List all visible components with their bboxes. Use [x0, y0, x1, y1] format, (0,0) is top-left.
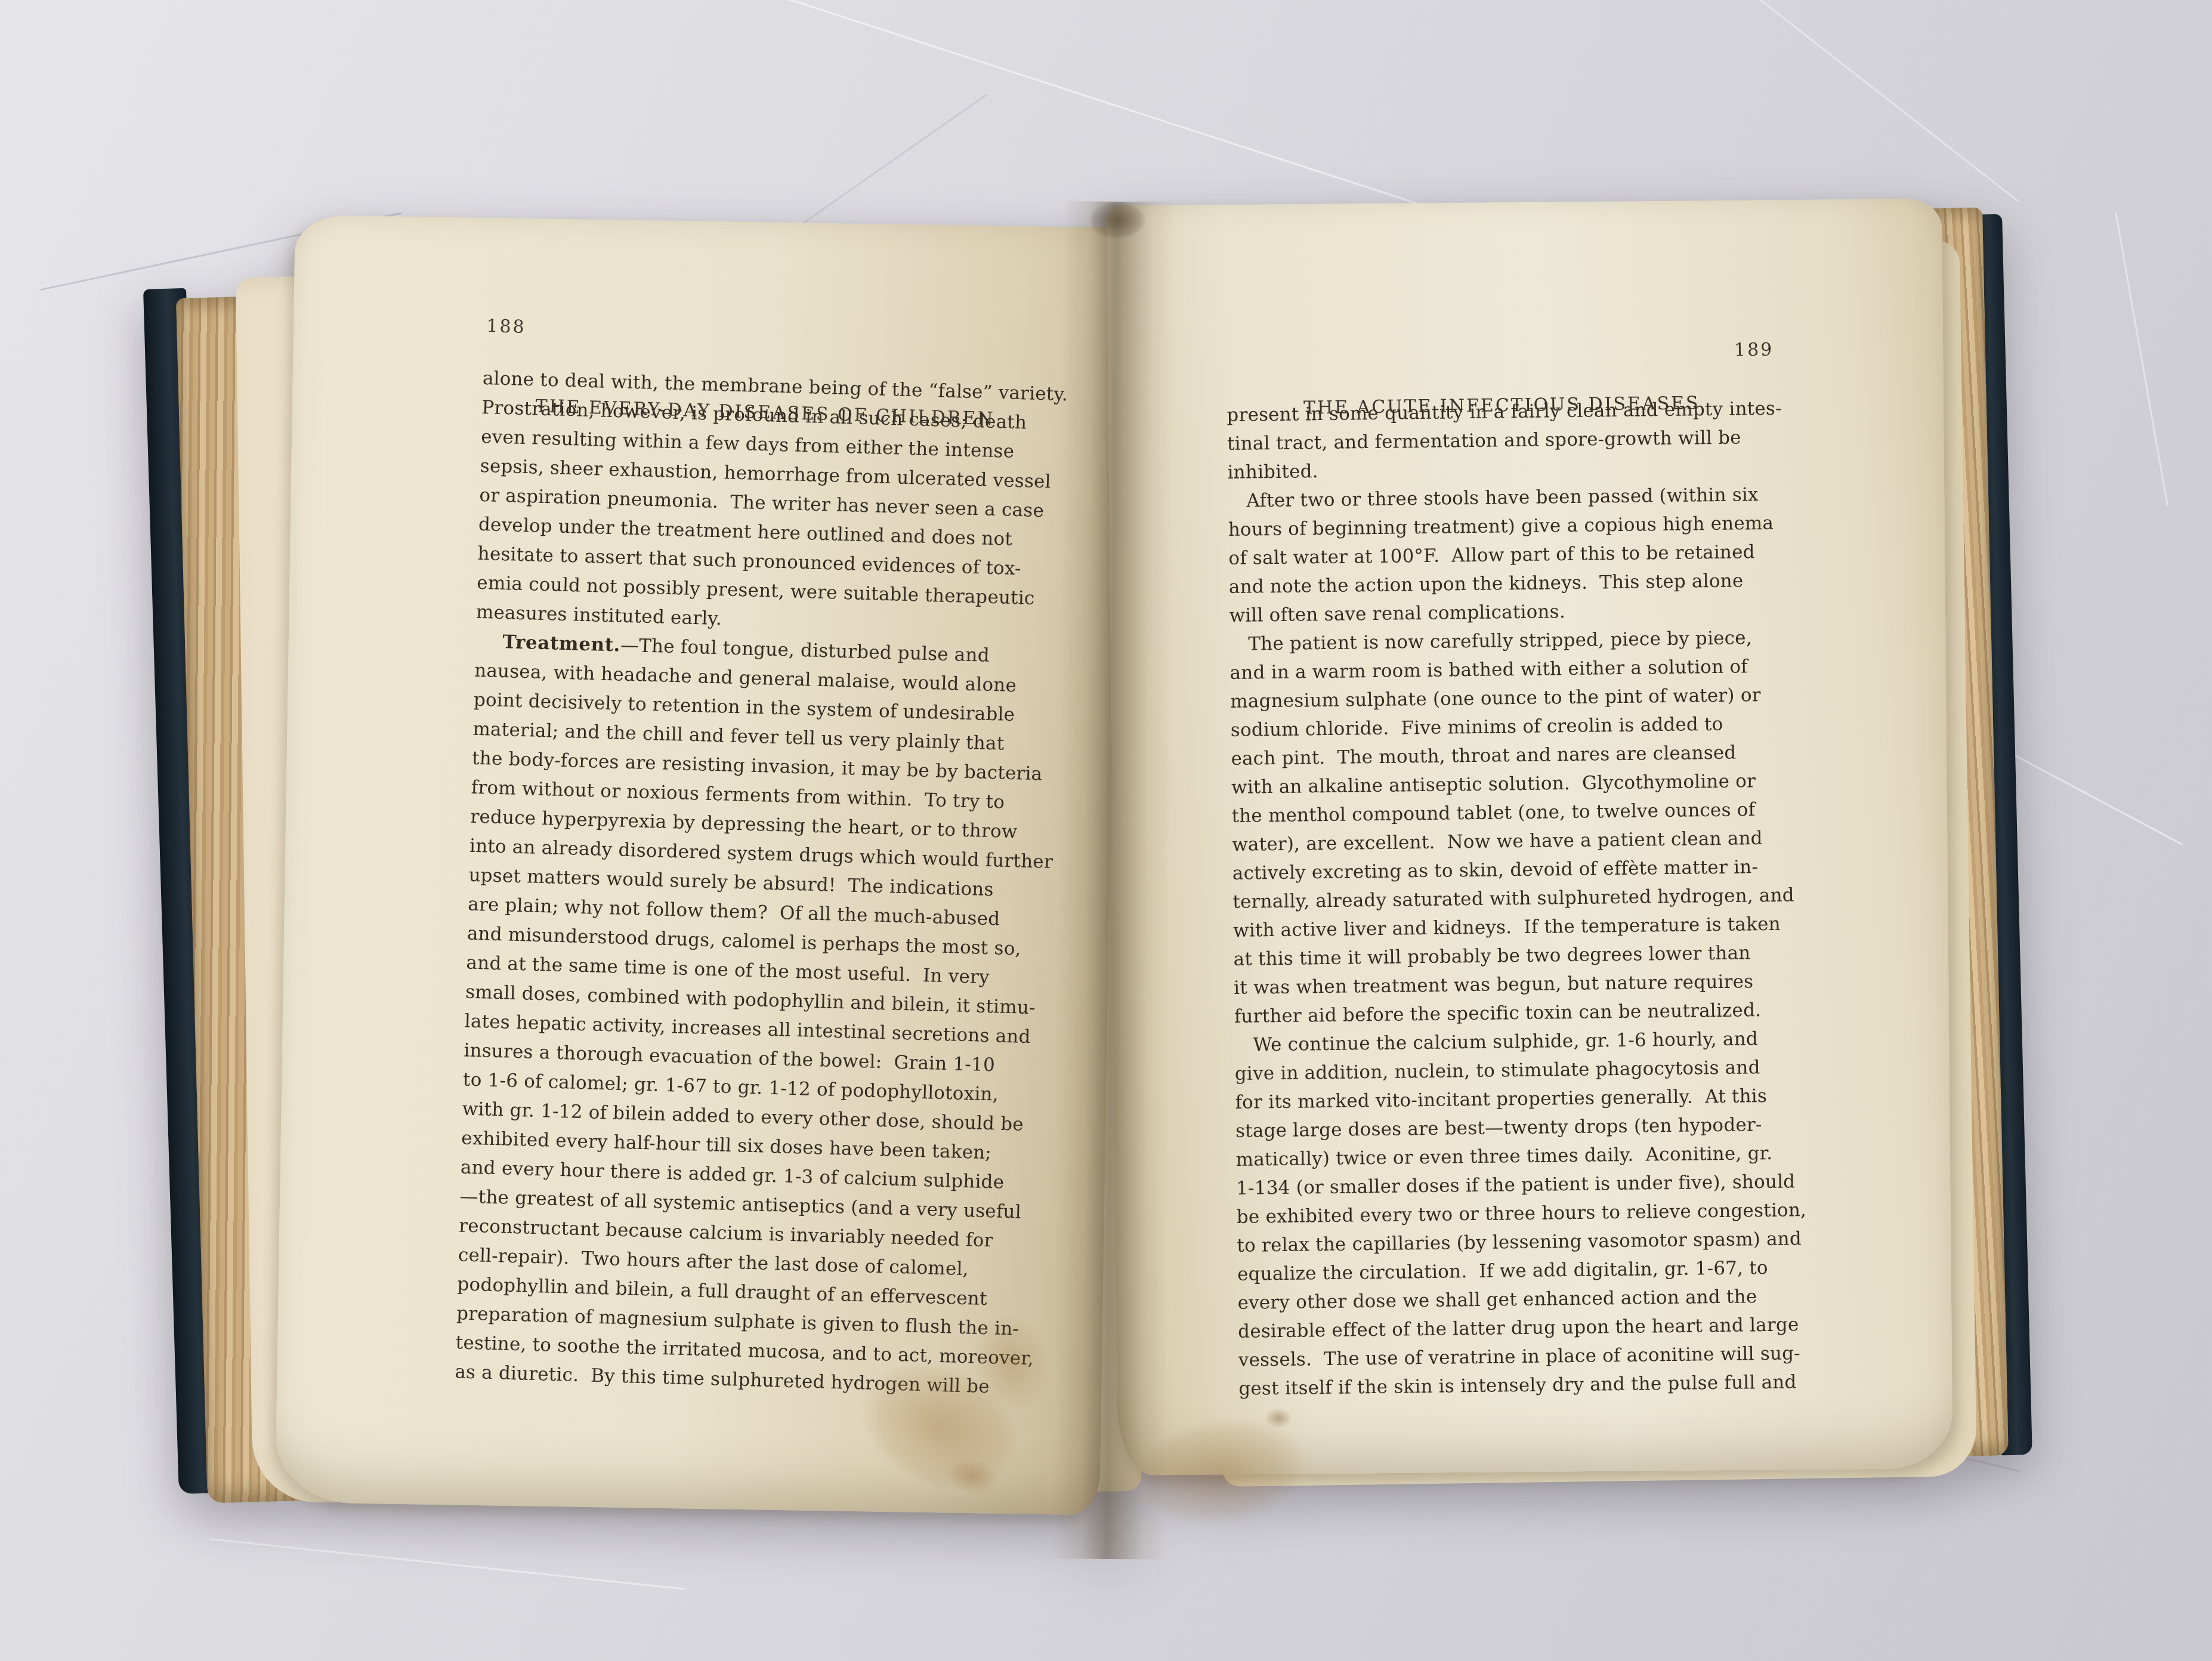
right-running-header: THE ACUTE INFECTIOUS DISEASES [1227, 390, 1777, 422]
gutter-shadow [1052, 201, 1175, 1559]
photo-background: { "left_page": { "page_number": "188", "… [0, 0, 2212, 1661]
right-page-number: 189 [1734, 337, 1774, 364]
treatment-heading: Treatment. [502, 631, 620, 656]
left-page-number: 188 [486, 313, 526, 341]
right-body-text: present in some quantity in a fairly cle… [1227, 394, 1788, 1403]
right-page-text: THE ACUTE INFECTIOUS DISEASES 189 presen… [1226, 337, 1789, 1403]
left-page-text: 188 THE EVERY-DAY DISEASES OF CHILDREN a… [455, 313, 1051, 1403]
left-running-header: THE EVERY-DAY DISEASES OF CHILDREN [481, 392, 1049, 434]
stain [1265, 1408, 1292, 1428]
left-body-paragraph-2: nausea, with headache and general malais… [455, 656, 1042, 1403]
open-book: 188 THE EVERY-DAY DISEASES OF CHILDREN a… [0, 0, 2212, 1661]
gutter-top-notch-shadow [1079, 194, 1156, 246]
